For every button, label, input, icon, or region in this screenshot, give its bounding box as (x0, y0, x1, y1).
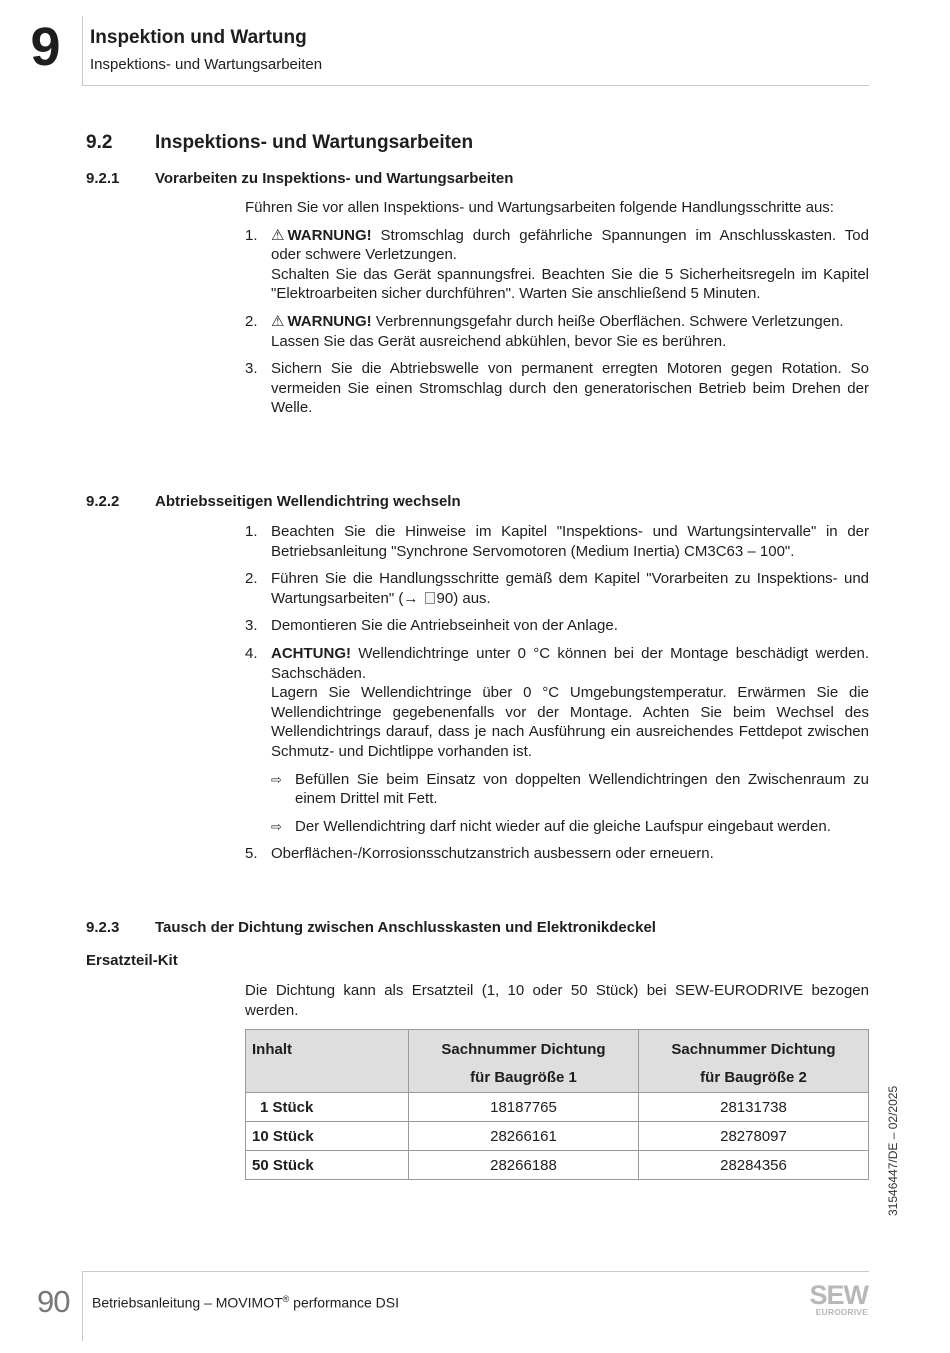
subsection-title: Tausch der Dichtung zwischen Anschlusska… (155, 919, 656, 936)
subsection-title: Vorarbeiten zu Inspektions- und Wartungs… (155, 170, 513, 187)
page-reference-icon[interactable] (425, 592, 435, 604)
column-header-size2: Sachnummer Dichtungfür Baugröße 2 (639, 1030, 869, 1093)
list-item: 5. Oberflächen-/Korrosionsschutzanstrich… (245, 844, 869, 864)
section-heading: 9.2Inspektions- und Wartungsarbeiten (86, 132, 473, 154)
table-cell: 50 Stück (246, 1151, 409, 1180)
list-item: 2. Führen Sie die Handlungsschritte gemä… (245, 569, 869, 608)
step-text: Oberflächen-/Korrosionsschutzanstrich au… (271, 845, 714, 862)
table-cell: 28278097 (639, 1122, 869, 1151)
header-title: Inspektion und Wartung (90, 27, 307, 49)
step-number: 3. (245, 359, 258, 379)
subsection-title: Abtriebsseitigen Wellendichtring wechsel… (155, 493, 461, 510)
seal-change-steps-list: 1. Beachten Sie die Hinweise im Kapitel … (245, 522, 869, 864)
step-number: 2. (245, 569, 258, 589)
subsection-heading-1: 9.2.1Vorarbeiten zu Inspektions- und War… (86, 170, 513, 187)
signal-word: WARNUNG! (287, 227, 371, 244)
header-text: für Baugröße 1 (415, 1064, 632, 1092)
action-text: Schalten Sie das Gerät spannungsfrei. Be… (271, 265, 869, 304)
header-text: Sachnummer Dichtung (645, 1036, 862, 1064)
action-text: Lagern Sie Wellendichtringe über 0 °C Um… (271, 683, 869, 761)
result-item: ⇨ Der Wellendichtring darf nicht wieder … (271, 817, 869, 837)
intro-paragraph: Führen Sie vor allen Inspektions- und Wa… (245, 198, 869, 218)
table-row: 10 Stück 28266161 28278097 (246, 1122, 869, 1151)
subsection-heading-3: 9.2.3Tausch der Dichtung zwischen Anschl… (86, 919, 656, 936)
step-number: 2. (245, 312, 258, 332)
spare-part-table: Inhalt Sachnummer Dichtungfür Baugröße 1… (245, 1029, 869, 1180)
result-arrow-icon: ⇨ (271, 817, 282, 837)
signal-word: WARNUNG! (287, 313, 371, 330)
subsection-1-body: Führen Sie vor allen Inspektions- und Wa… (245, 198, 869, 426)
footer-divider-horizontal (82, 1271, 869, 1272)
list-item: 3. Sichern Sie die Abtriebswelle von per… (245, 359, 869, 418)
page-reference-link[interactable]: 90 (437, 590, 454, 607)
subsection-2-body: 1. Beachten Sie die Hinweise im Kapitel … (245, 522, 869, 872)
warning-triangle-icon: ⚠ (271, 312, 284, 332)
list-item: 1. ⚠WARNUNG! Stromschlag durch gefährlic… (245, 226, 869, 304)
header-subtitle: Inspektions- und Wartungsarbeiten (90, 56, 322, 73)
table-cell: 28131738 (639, 1093, 869, 1122)
result-list: ⇨ Befüllen Sie beim Einsatz von doppelte… (271, 770, 869, 837)
section-number: 9.2 (86, 132, 155, 154)
column-header-size1: Sachnummer Dichtungfür Baugröße 1 (409, 1030, 639, 1093)
hazard-text: Verbrennungsgefahr durch heiße Oberfläch… (372, 313, 844, 330)
prep-steps-list: 1. ⚠WARNUNG! Stromschlag durch gefährlic… (245, 226, 869, 418)
header-divider-horizontal (82, 85, 869, 86)
table-cell: 28284356 (639, 1151, 869, 1180)
step-text-end: ) aus. (453, 590, 491, 607)
subsection-number: 9.2.3 (86, 919, 155, 936)
list-item: 2. ⚠WARNUNG! Verbrennungsgefahr durch he… (245, 312, 869, 351)
result-item: ⇨ Befüllen Sie beim Einsatz von doppelte… (271, 770, 869, 809)
section-title: Inspektions- und Wartungsarbeiten (155, 132, 473, 153)
document-id: 31546447/DE – 02/2025 (886, 1086, 900, 1216)
list-item: 3. Demontieren Sie die Antriebseinheit v… (245, 616, 869, 636)
list-item: 4. ACHTUNG! Wellendichtringe unter 0 °C … (245, 644, 869, 836)
subsection-heading-2: 9.2.2Abtriebsseitigen Wellendichtring we… (86, 493, 461, 510)
footer-title-text-end: performance DSI (289, 1295, 399, 1311)
subsection-number: 9.2.1 (86, 170, 155, 187)
subsection-number: 9.2.2 (86, 493, 155, 510)
table-row: 50 Stück 28266188 28284356 (246, 1151, 869, 1180)
kit-paragraph: Die Dichtung kann als Ersatzteil (1, 10 … (245, 981, 869, 1020)
logo-text-sew: SEW (798, 1283, 868, 1307)
table-header-row: Inhalt Sachnummer Dichtungfür Baugröße 1… (246, 1030, 869, 1093)
table-cell: 28266188 (409, 1151, 639, 1180)
step-text: Sichern Sie die Abtriebswelle von perman… (271, 360, 869, 416)
result-arrow-icon: ⇨ (271, 770, 282, 790)
table-cell: 10 Stück (246, 1122, 409, 1151)
step-text: Demontieren Sie die Antriebseinheit von … (271, 617, 618, 634)
header-divider-vertical (82, 16, 83, 86)
sew-eurodrive-logo: SEW EURODRIVE (798, 1283, 868, 1317)
result-text: Der Wellendichtring darf nicht wieder au… (295, 818, 831, 835)
chapter-number: 9 (14, 20, 76, 74)
step-number: 1. (245, 226, 258, 246)
header-text: für Baugröße 2 (645, 1064, 862, 1092)
result-text: Befüllen Sie beim Einsatz von doppelten … (295, 771, 869, 808)
warning-triangle-icon: ⚠ (271, 226, 284, 246)
header-text: Inhalt (252, 1041, 292, 1058)
table-row: 1 Stück 18187765 28131738 (246, 1093, 869, 1122)
footer-doc-title: Betriebsanleitung – MOVIMOT® performance… (92, 1294, 399, 1311)
step-number: 4. (245, 644, 258, 664)
hazard-text: Wellendichtringe unter 0 °C können bei d… (271, 645, 869, 682)
page-number: 90 (37, 1284, 69, 1320)
step-text: Beachten Sie die Hinweise im Kapitel "In… (271, 523, 869, 560)
kit-heading: Ersatzteil-Kit (86, 952, 178, 969)
table-cell: 28266161 (409, 1122, 639, 1151)
table-cell: 18187765 (409, 1093, 639, 1122)
signal-word: ACHTUNG! (271, 645, 351, 662)
column-header-content: Inhalt (246, 1030, 409, 1093)
footer-title-text: Betriebsanleitung – MOVIMOT (92, 1295, 283, 1311)
action-text: Lassen Sie das Gerät ausreichend abkühle… (271, 332, 869, 352)
step-number: 3. (245, 616, 258, 636)
table-cell: 1 Stück (246, 1093, 409, 1122)
step-number: 5. (245, 844, 258, 864)
step-number: 1. (245, 522, 258, 542)
footer-divider-vertical (82, 1271, 83, 1341)
step-text: Führen Sie die Handlungsschritte gemäß d… (271, 570, 869, 607)
list-item: 1. Beachten Sie die Hinweise im Kapitel … (245, 522, 869, 561)
header-text: Sachnummer Dichtung (415, 1036, 632, 1064)
